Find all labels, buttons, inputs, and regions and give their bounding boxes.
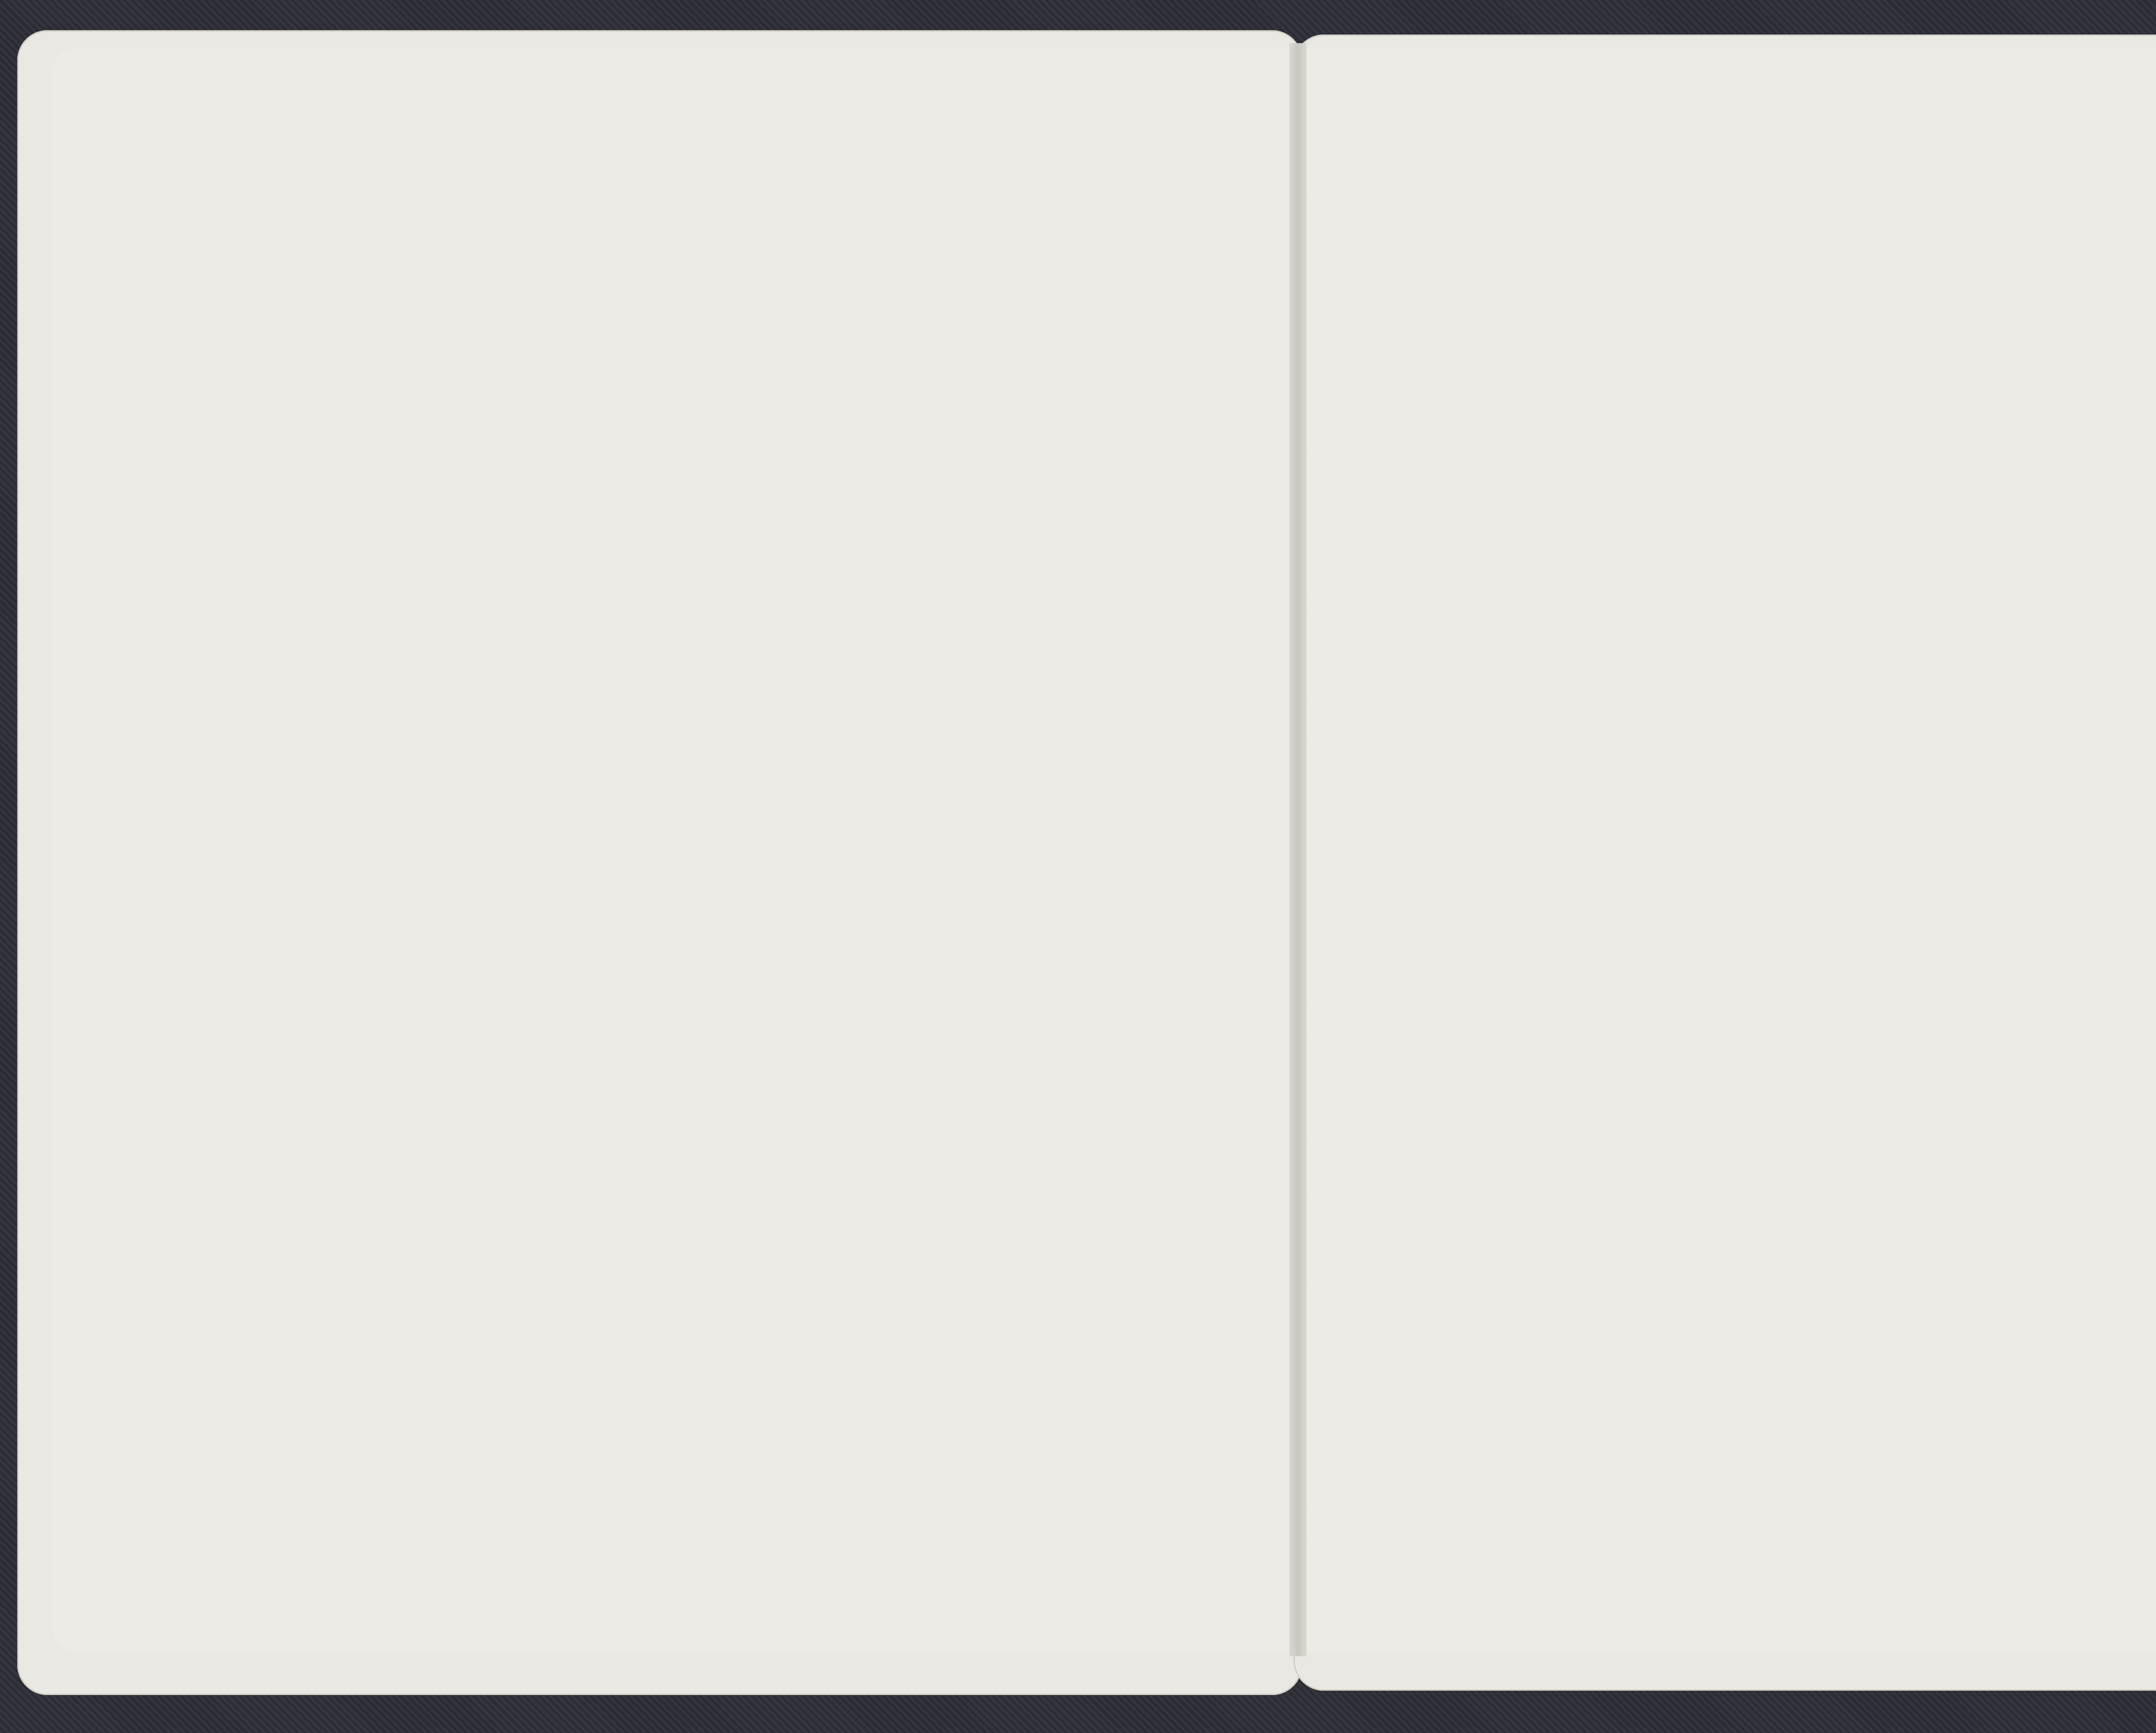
left-page bbox=[52, 47, 1302, 1652]
right-page bbox=[1298, 47, 2156, 1652]
book-gutter bbox=[1289, 43, 1307, 1656]
